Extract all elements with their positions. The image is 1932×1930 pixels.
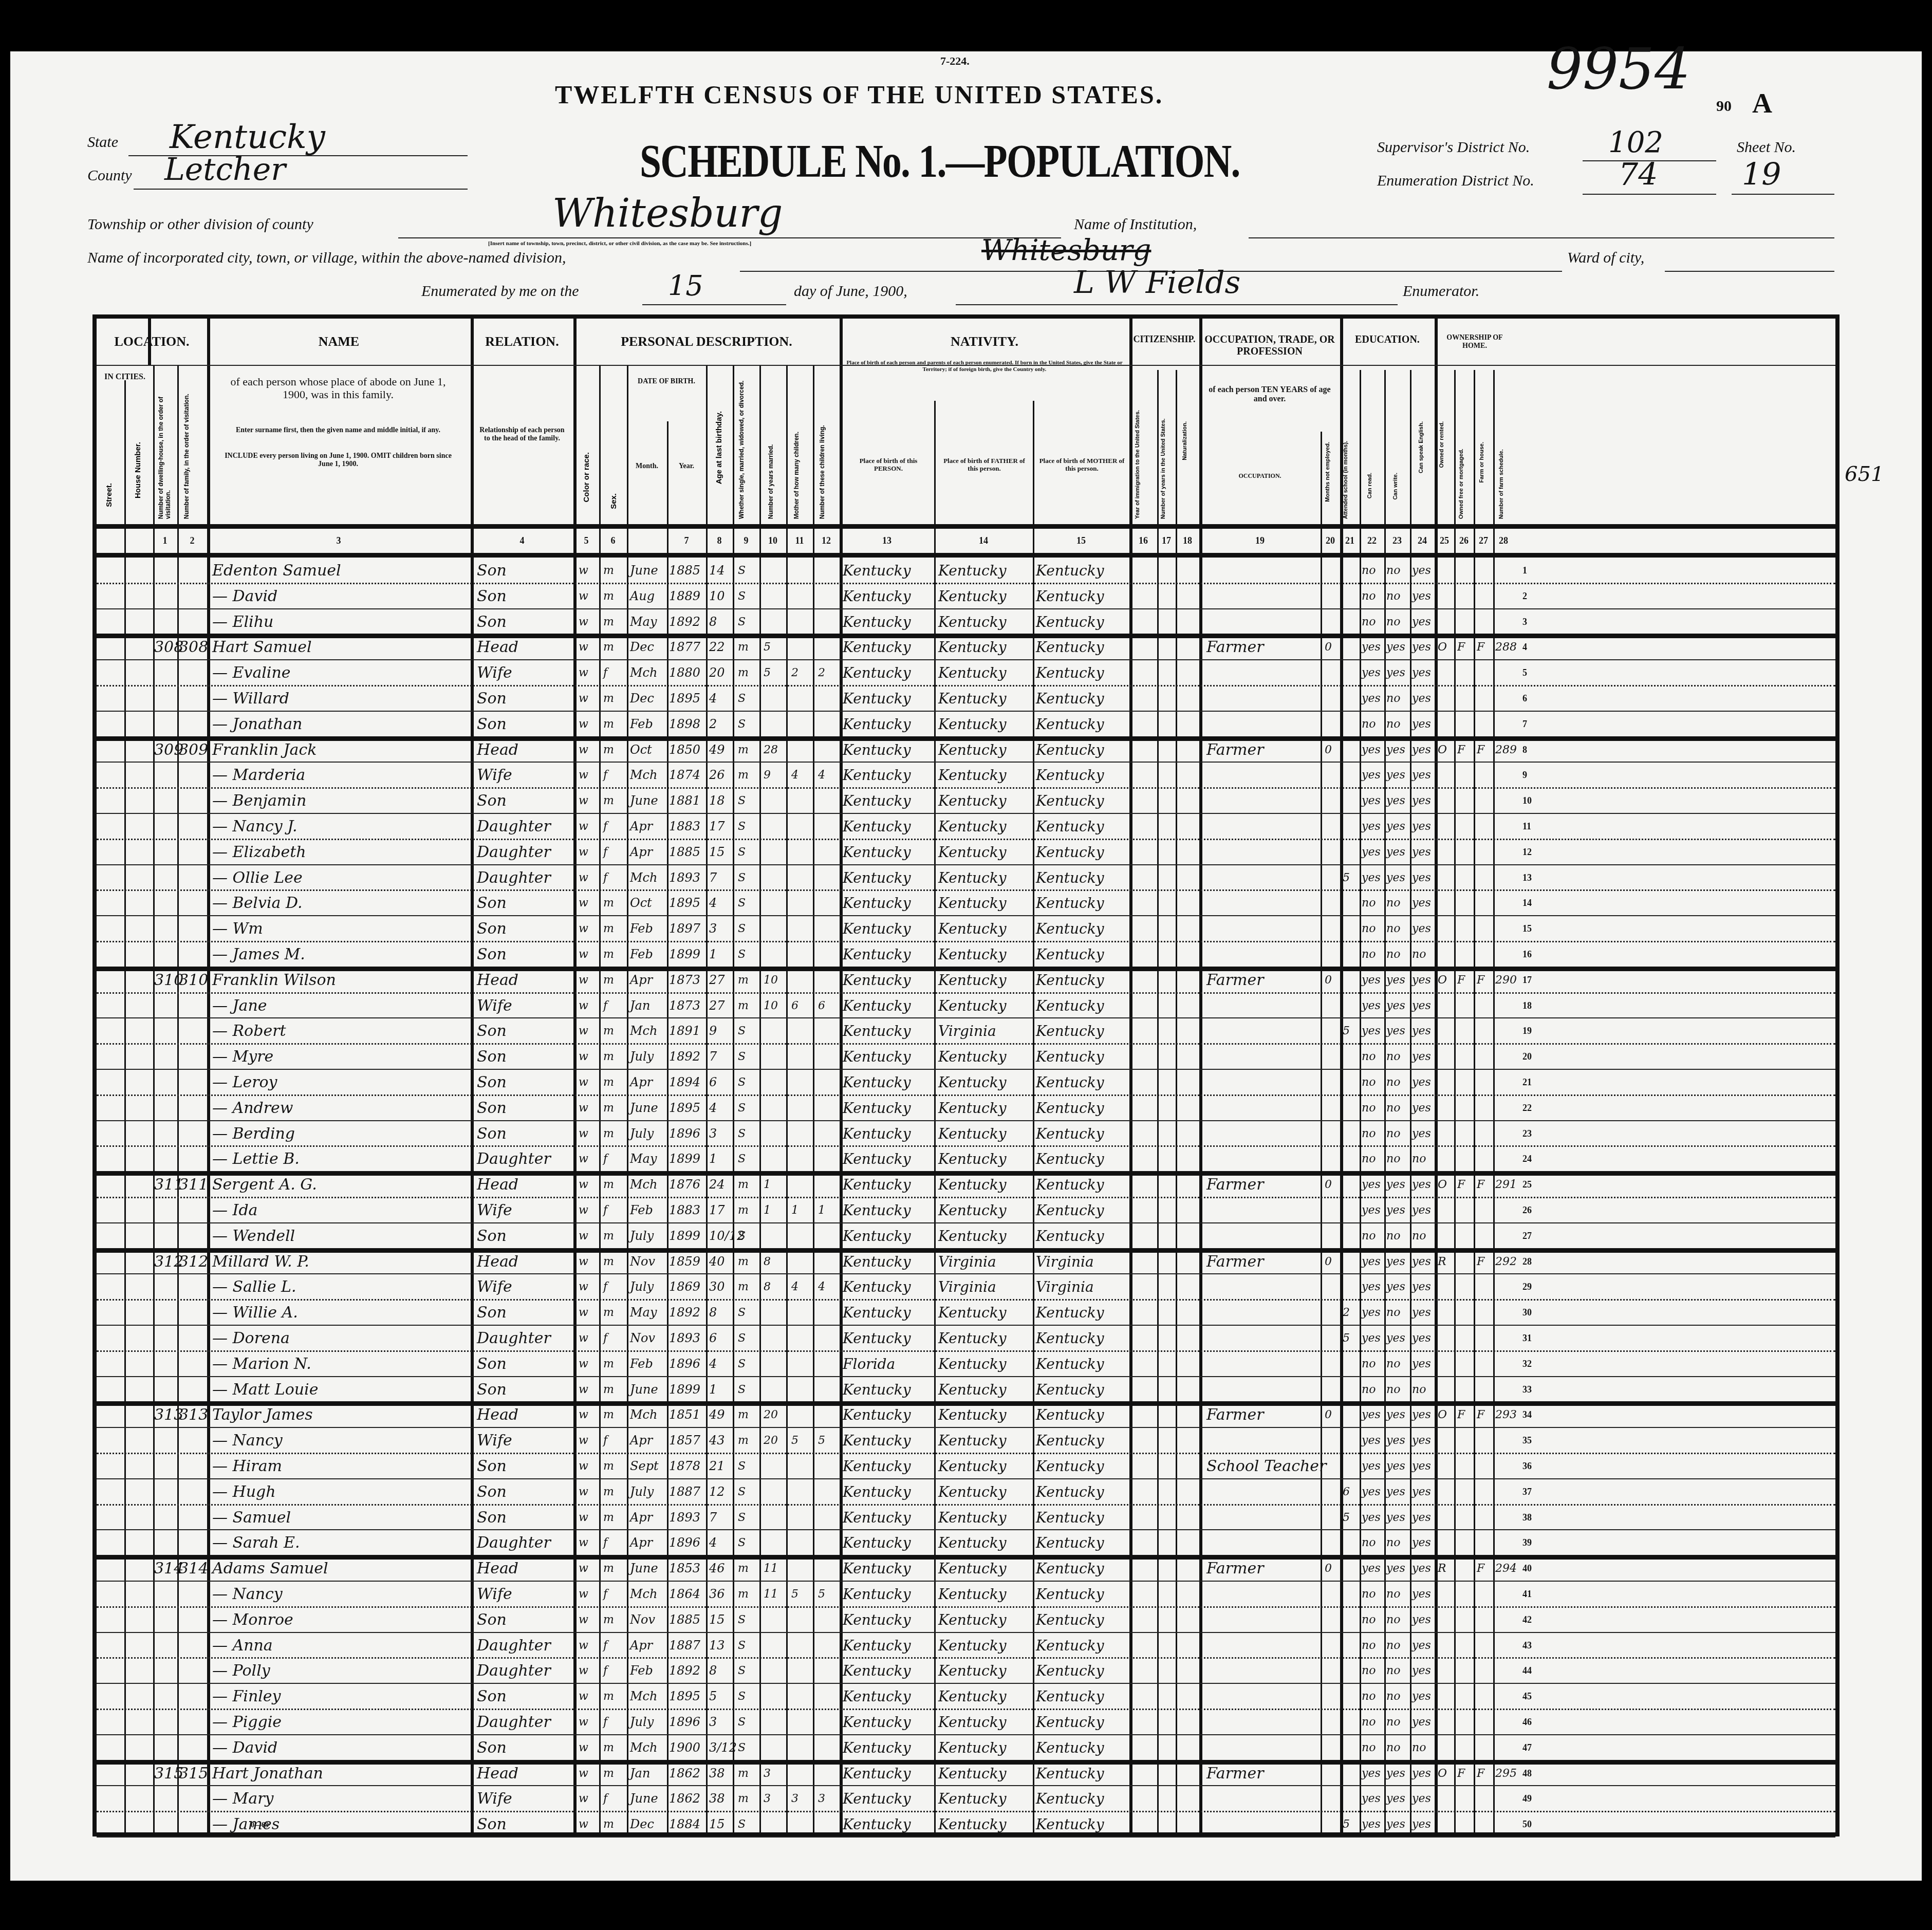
- color[interactable]: w: [579, 1223, 588, 1249]
- enumeration-field[interactable]: 74: [1583, 182, 1716, 195]
- birth-year[interactable]: 1869: [669, 1274, 700, 1300]
- can-speak-english[interactable]: yes: [1412, 763, 1431, 788]
- can-read[interactable]: yes: [1362, 1402, 1381, 1428]
- relation[interactable]: Son: [477, 1812, 507, 1838]
- marital-status[interactable]: S: [738, 814, 746, 840]
- can-speak-english[interactable]: yes: [1412, 686, 1431, 712]
- birthplace-mother[interactable]: Kentucky: [1036, 1786, 1104, 1812]
- sex[interactable]: f: [603, 1582, 607, 1607]
- can-speak-english[interactable]: yes: [1412, 788, 1431, 814]
- birthplace-person[interactable]: Kentucky: [843, 1402, 911, 1428]
- marital-status[interactable]: S: [738, 1018, 746, 1044]
- birthplace-person[interactable]: Kentucky: [843, 1710, 911, 1735]
- years-married[interactable]: 11: [764, 1582, 778, 1607]
- relation[interactable]: Wife: [477, 1582, 512, 1607]
- color[interactable]: w: [579, 814, 588, 840]
- months-unemployed[interactable]: 0: [1325, 1249, 1332, 1275]
- can-read[interactable]: no: [1362, 1044, 1376, 1070]
- can-speak-english[interactable]: yes: [1412, 1530, 1431, 1556]
- age[interactable]: 14: [709, 558, 725, 584]
- birth-year[interactable]: 1891: [669, 1018, 700, 1044]
- birthplace-father[interactable]: Virginia: [938, 1018, 996, 1044]
- mother-of[interactable]: 6: [791, 993, 798, 1019]
- person-name[interactable]: Adams Samuel: [212, 1556, 328, 1582]
- age[interactable]: 7: [709, 865, 717, 891]
- marital-status[interactable]: m: [738, 737, 749, 763]
- free-or-mortgaged[interactable]: F: [1457, 737, 1465, 763]
- months-unemployed[interactable]: 0: [1325, 1402, 1332, 1428]
- birth-month[interactable]: June: [630, 1786, 658, 1812]
- age[interactable]: 3: [709, 1121, 717, 1147]
- can-read[interactable]: yes: [1362, 1479, 1381, 1505]
- mother-of[interactable]: 2: [791, 660, 798, 686]
- can-write[interactable]: yes: [1386, 763, 1405, 788]
- birth-year[interactable]: 1899: [669, 1223, 700, 1249]
- farm-schedule-number[interactable]: 292: [1495, 1249, 1517, 1275]
- birthplace-person[interactable]: Kentucky: [843, 1044, 911, 1070]
- birthplace-person[interactable]: Kentucky: [843, 1326, 911, 1351]
- birth-year[interactable]: 1883: [669, 814, 700, 840]
- can-write[interactable]: no: [1386, 890, 1400, 916]
- marital-status[interactable]: S: [738, 788, 746, 814]
- occupation[interactable]: Farmer: [1206, 968, 1264, 993]
- birthplace-person[interactable]: Kentucky: [843, 1479, 911, 1505]
- can-speak-english[interactable]: yes: [1412, 890, 1431, 916]
- can-speak-english[interactable]: yes: [1412, 609, 1431, 635]
- birth-month[interactable]: Mch: [630, 1582, 657, 1607]
- birthplace-mother[interactable]: Kentucky: [1036, 1146, 1104, 1172]
- birth-year[interactable]: 1897: [669, 916, 700, 942]
- can-speak-english[interactable]: yes: [1412, 737, 1431, 763]
- person-name[interactable]: — Sarah E.: [212, 1530, 300, 1556]
- relation[interactable]: Daughter: [477, 1710, 551, 1735]
- relation[interactable]: Daughter: [477, 814, 551, 840]
- birthplace-father[interactable]: Kentucky: [938, 1044, 1007, 1070]
- relation[interactable]: Wife: [477, 1274, 512, 1300]
- marital-status[interactable]: m: [738, 763, 749, 788]
- color[interactable]: w: [579, 1761, 588, 1787]
- person-name[interactable]: Hart Samuel: [212, 635, 312, 660]
- birthplace-mother[interactable]: Virginia: [1036, 1249, 1094, 1275]
- birth-year[interactable]: 1889: [669, 584, 700, 609]
- can-speak-english[interactable]: yes: [1412, 1121, 1431, 1147]
- birthplace-father[interactable]: Kentucky: [938, 1658, 1007, 1684]
- sex[interactable]: m: [603, 788, 614, 814]
- farm-or-house[interactable]: F: [1477, 1761, 1484, 1787]
- person-name[interactable]: — Matt Louie: [212, 1377, 318, 1403]
- birthplace-father[interactable]: Kentucky: [938, 1812, 1007, 1838]
- relation[interactable]: Daughter: [477, 1633, 551, 1659]
- marital-status[interactable]: S: [738, 865, 746, 891]
- sheet-field[interactable]: 19: [1732, 182, 1834, 195]
- color[interactable]: w: [579, 737, 588, 763]
- birthplace-father[interactable]: Kentucky: [938, 635, 1007, 660]
- family-number[interactable]: 309: [179, 737, 208, 763]
- birth-month[interactable]: Apr: [630, 1633, 653, 1659]
- age[interactable]: 1: [709, 942, 717, 968]
- relation[interactable]: Son: [477, 942, 507, 968]
- can-read[interactable]: yes: [1362, 1274, 1381, 1300]
- birthplace-person[interactable]: Kentucky: [843, 1223, 911, 1249]
- birthplace-mother[interactable]: Kentucky: [1036, 737, 1104, 763]
- can-write[interactable]: yes: [1386, 993, 1405, 1019]
- birth-year[interactable]: 1885: [669, 840, 700, 865]
- birthplace-mother[interactable]: Kentucky: [1036, 1326, 1104, 1351]
- sex[interactable]: f: [603, 763, 607, 788]
- marital-status[interactable]: S: [738, 1684, 746, 1710]
- relation[interactable]: Son: [477, 1121, 507, 1147]
- birthplace-father[interactable]: Kentucky: [938, 609, 1007, 635]
- person-name[interactable]: Edenton Samuel: [212, 558, 341, 584]
- marital-status[interactable]: S: [738, 584, 746, 609]
- can-speak-english[interactable]: yes: [1412, 558, 1431, 584]
- can-write[interactable]: no: [1386, 1582, 1400, 1607]
- birthplace-mother[interactable]: Kentucky: [1036, 558, 1104, 584]
- farm-schedule-number[interactable]: 291: [1495, 1172, 1517, 1198]
- age[interactable]: 3: [709, 916, 717, 942]
- birthplace-mother[interactable]: Kentucky: [1036, 890, 1104, 916]
- birthplace-mother[interactable]: Kentucky: [1036, 1735, 1104, 1761]
- can-write[interactable]: yes: [1386, 1479, 1405, 1505]
- person-name[interactable]: — Marderia: [212, 763, 305, 788]
- marital-status[interactable]: S: [738, 686, 746, 712]
- birthplace-father[interactable]: Kentucky: [938, 1377, 1007, 1403]
- birthplace-father[interactable]: Kentucky: [938, 1146, 1007, 1172]
- birthplace-father[interactable]: Kentucky: [938, 993, 1007, 1019]
- farm-schedule-number[interactable]: 294: [1495, 1556, 1517, 1582]
- person-name[interactable]: Hart Jonathan: [212, 1761, 323, 1787]
- relation[interactable]: Son: [477, 1479, 507, 1505]
- months-unemployed[interactable]: 0: [1325, 968, 1332, 993]
- age[interactable]: 22: [709, 635, 725, 660]
- color[interactable]: w: [579, 686, 588, 712]
- age[interactable]: 20: [709, 660, 725, 686]
- birthplace-father[interactable]: Kentucky: [938, 1096, 1007, 1121]
- sex[interactable]: m: [603, 558, 614, 584]
- birth-month[interactable]: Nov: [630, 1607, 655, 1633]
- birthplace-mother[interactable]: Kentucky: [1036, 916, 1104, 942]
- birth-year[interactable]: 1850: [669, 737, 700, 763]
- birth-year[interactable]: 1873: [669, 993, 700, 1019]
- relation[interactable]: Head: [477, 1556, 518, 1582]
- birthplace-father[interactable]: Kentucky: [938, 1326, 1007, 1351]
- farm-or-house[interactable]: F: [1477, 1402, 1484, 1428]
- owned-or-rented[interactable]: R: [1438, 1556, 1446, 1582]
- birth-month[interactable]: Oct: [630, 890, 652, 916]
- age[interactable]: 18: [709, 788, 725, 814]
- sex[interactable]: m: [603, 1018, 614, 1044]
- birthplace-mother[interactable]: Kentucky: [1036, 1428, 1104, 1454]
- can-write[interactable]: yes: [1386, 1274, 1405, 1300]
- relation[interactable]: Wife: [477, 1198, 512, 1223]
- farm-or-house[interactable]: F: [1477, 1249, 1484, 1275]
- birthplace-mother[interactable]: Kentucky: [1036, 942, 1104, 968]
- school-months[interactable]: 5: [1343, 1326, 1350, 1351]
- birthplace-father[interactable]: Kentucky: [938, 1735, 1007, 1761]
- marital-status[interactable]: m: [738, 1274, 749, 1300]
- can-read[interactable]: no: [1362, 609, 1376, 635]
- person-name[interactable]: — James: [212, 1812, 280, 1838]
- color[interactable]: w: [579, 584, 588, 609]
- sex[interactable]: f: [603, 1198, 607, 1223]
- person-name[interactable]: — Elihu: [212, 609, 273, 635]
- age[interactable]: 24: [709, 1172, 725, 1198]
- birth-month[interactable]: Mch: [630, 1684, 657, 1710]
- mother-of[interactable]: 4: [791, 763, 798, 788]
- can-read[interactable]: yes: [1362, 1428, 1381, 1454]
- can-speak-english[interactable]: no: [1412, 1223, 1426, 1249]
- color[interactable]: w: [579, 1684, 588, 1710]
- can-write[interactable]: yes: [1386, 840, 1405, 865]
- birthplace-person[interactable]: Kentucky: [843, 788, 911, 814]
- can-read[interactable]: yes: [1362, 1786, 1381, 1812]
- birthplace-father[interactable]: Kentucky: [938, 558, 1007, 584]
- marital-status[interactable]: S: [738, 558, 746, 584]
- birth-month[interactable]: June: [630, 788, 658, 814]
- birth-year[interactable]: 1885: [669, 558, 700, 584]
- years-married[interactable]: 1: [764, 1198, 771, 1223]
- birth-month[interactable]: Apr: [630, 968, 653, 993]
- birth-year[interactable]: 1895: [669, 890, 700, 916]
- can-speak-english[interactable]: yes: [1412, 1684, 1431, 1710]
- can-read[interactable]: no: [1362, 584, 1376, 609]
- can-write[interactable]: no: [1386, 1351, 1400, 1377]
- color[interactable]: w: [579, 1479, 588, 1505]
- sex[interactable]: f: [603, 1274, 607, 1300]
- color[interactable]: w: [579, 1377, 588, 1403]
- birth-month[interactable]: Feb: [630, 1351, 653, 1377]
- birthplace-father[interactable]: Kentucky: [938, 1607, 1007, 1633]
- sex[interactable]: f: [603, 814, 607, 840]
- can-read[interactable]: yes: [1362, 968, 1381, 993]
- birthplace-person[interactable]: Kentucky: [843, 1786, 911, 1812]
- can-read[interactable]: no: [1362, 1121, 1376, 1147]
- person-name[interactable]: — Jane: [212, 993, 267, 1019]
- person-name[interactable]: — Lettie B.: [212, 1146, 300, 1172]
- birth-year[interactable]: 1853: [669, 1556, 700, 1582]
- birthplace-person[interactable]: Kentucky: [843, 1070, 911, 1096]
- can-read[interactable]: yes: [1362, 1326, 1381, 1351]
- birthplace-father[interactable]: Kentucky: [938, 1582, 1007, 1607]
- color[interactable]: w: [579, 916, 588, 942]
- sex[interactable]: f: [603, 840, 607, 865]
- birthplace-father[interactable]: Kentucky: [938, 763, 1007, 788]
- marital-status[interactable]: m: [738, 1786, 749, 1812]
- sex[interactable]: f: [603, 1658, 607, 1684]
- birthplace-mother[interactable]: Kentucky: [1036, 1812, 1104, 1838]
- person-name[interactable]: — Polly: [212, 1658, 270, 1684]
- color[interactable]: w: [579, 1198, 588, 1223]
- birthplace-person[interactable]: Kentucky: [843, 1198, 911, 1223]
- can-write[interactable]: no: [1386, 1044, 1400, 1070]
- birth-month[interactable]: Apr: [630, 1070, 653, 1096]
- ward-field[interactable]: [1665, 259, 1834, 272]
- family-number[interactable]: 315: [179, 1761, 208, 1787]
- relation[interactable]: Son: [477, 1351, 507, 1377]
- mother-of[interactable]: 5: [791, 1582, 798, 1607]
- can-read[interactable]: no: [1362, 1530, 1376, 1556]
- birthplace-mother[interactable]: Kentucky: [1036, 1096, 1104, 1121]
- birthplace-person[interactable]: Kentucky: [843, 1658, 911, 1684]
- can-speak-english[interactable]: yes: [1412, 1249, 1431, 1275]
- birthplace-person[interactable]: Kentucky: [843, 1761, 911, 1787]
- birthplace-person[interactable]: Kentucky: [843, 1274, 911, 1300]
- can-speak-english[interactable]: yes: [1412, 1786, 1431, 1812]
- birthplace-person[interactable]: Kentucky: [843, 1377, 911, 1403]
- birthplace-person[interactable]: Kentucky: [843, 1096, 911, 1121]
- school-months[interactable]: 2: [1343, 1300, 1350, 1326]
- age[interactable]: 30: [709, 1274, 725, 1300]
- age[interactable]: 15: [709, 840, 725, 865]
- can-read[interactable]: no: [1362, 1710, 1376, 1735]
- marital-status[interactable]: S: [738, 1454, 746, 1479]
- years-married[interactable]: 20: [764, 1402, 778, 1428]
- can-read[interactable]: no: [1362, 1607, 1376, 1633]
- birth-year[interactable]: 1895: [669, 1684, 700, 1710]
- birth-month[interactable]: Mch: [630, 1402, 657, 1428]
- relation[interactable]: Head: [477, 1761, 518, 1787]
- mother-of[interactable]: 4: [791, 1274, 798, 1300]
- birth-year[interactable]: 1893: [669, 1505, 700, 1531]
- person-name[interactable]: — Hiram: [212, 1454, 282, 1479]
- birthplace-mother[interactable]: Kentucky: [1036, 1300, 1104, 1326]
- age[interactable]: 9: [709, 1018, 717, 1044]
- color[interactable]: w: [579, 1633, 588, 1659]
- birth-year[interactable]: 1883: [669, 1198, 700, 1223]
- marital-status[interactable]: S: [738, 1326, 746, 1351]
- birth-year[interactable]: 1887: [669, 1633, 700, 1659]
- marital-status[interactable]: S: [738, 1658, 746, 1684]
- color[interactable]: w: [579, 1786, 588, 1812]
- can-read[interactable]: yes: [1362, 686, 1381, 712]
- sex[interactable]: f: [603, 660, 607, 686]
- birth-year[interactable]: 1892: [669, 1044, 700, 1070]
- children-living[interactable]: 6: [818, 993, 825, 1019]
- marital-status[interactable]: m: [738, 660, 749, 686]
- can-read[interactable]: yes: [1362, 737, 1381, 763]
- relation[interactable]: Son: [477, 686, 507, 712]
- color[interactable]: w: [579, 840, 588, 865]
- can-read[interactable]: no: [1362, 1377, 1376, 1403]
- color[interactable]: w: [579, 763, 588, 788]
- marital-status[interactable]: S: [738, 1735, 746, 1761]
- birthplace-person[interactable]: Kentucky: [843, 1556, 911, 1582]
- birthplace-person[interactable]: Kentucky: [843, 609, 911, 635]
- birthplace-mother[interactable]: Kentucky: [1036, 1018, 1104, 1044]
- can-speak-english[interactable]: yes: [1412, 1454, 1431, 1479]
- birthplace-father[interactable]: Kentucky: [938, 788, 1007, 814]
- sex[interactable]: m: [603, 1556, 614, 1582]
- relation[interactable]: Daughter: [477, 865, 551, 891]
- can-write[interactable]: yes: [1386, 814, 1405, 840]
- color[interactable]: w: [579, 1249, 588, 1275]
- birth-year[interactable]: 1878: [669, 1454, 700, 1479]
- relation[interactable]: Son: [477, 1070, 507, 1096]
- marital-status[interactable]: S: [738, 916, 746, 942]
- color[interactable]: w: [579, 1428, 588, 1454]
- color[interactable]: w: [579, 1735, 588, 1761]
- person-name[interactable]: — Sallie L.: [212, 1274, 296, 1300]
- owned-or-rented[interactable]: O: [1438, 737, 1447, 763]
- marital-status[interactable]: m: [738, 1582, 749, 1607]
- birthplace-mother[interactable]: Kentucky: [1036, 686, 1104, 712]
- children-living[interactable]: 3: [818, 1786, 825, 1812]
- farm-schedule-number[interactable]: 289: [1495, 737, 1517, 763]
- age[interactable]: 27: [709, 968, 725, 993]
- birthplace-person[interactable]: Kentucky: [843, 865, 911, 891]
- can-write[interactable]: yes: [1386, 1249, 1405, 1275]
- birth-month[interactable]: Dec: [630, 1812, 654, 1838]
- age[interactable]: 12: [709, 1479, 725, 1505]
- birthplace-mother[interactable]: Kentucky: [1036, 1633, 1104, 1659]
- birth-year[interactable]: 1896: [669, 1351, 700, 1377]
- birth-year[interactable]: 1892: [669, 1300, 700, 1326]
- birthplace-person[interactable]: Kentucky: [843, 660, 911, 686]
- birthplace-father[interactable]: Virginia: [938, 1249, 996, 1275]
- farm-schedule-number[interactable]: 288: [1495, 635, 1517, 660]
- color[interactable]: w: [579, 993, 588, 1019]
- color[interactable]: w: [579, 1044, 588, 1070]
- birthplace-father[interactable]: Kentucky: [938, 1530, 1007, 1556]
- can-read[interactable]: yes: [1362, 1300, 1381, 1326]
- can-speak-english[interactable]: yes: [1412, 1428, 1431, 1454]
- owned-or-rented[interactable]: O: [1438, 1172, 1447, 1198]
- can-speak-english[interactable]: yes: [1412, 712, 1431, 737]
- age[interactable]: 13: [709, 1633, 725, 1659]
- birthplace-father[interactable]: Kentucky: [938, 968, 1007, 993]
- relation[interactable]: Head: [477, 1249, 518, 1275]
- owned-or-rented[interactable]: O: [1438, 1402, 1447, 1428]
- can-write[interactable]: no: [1386, 712, 1400, 737]
- person-name[interactable]: — Marion N.: [212, 1351, 311, 1377]
- birth-year[interactable]: 1899: [669, 1146, 700, 1172]
- person-name[interactable]: — Willard: [212, 686, 289, 712]
- age[interactable]: 7: [709, 1044, 717, 1070]
- birth-year[interactable]: 1893: [669, 865, 700, 891]
- can-read[interactable]: no: [1362, 1684, 1376, 1710]
- relation[interactable]: Wife: [477, 660, 512, 686]
- birthplace-person[interactable]: Kentucky: [843, 1582, 911, 1607]
- birth-year[interactable]: 1887: [669, 1479, 700, 1505]
- relation[interactable]: Son: [477, 712, 507, 737]
- enumerated-day-field[interactable]: 15: [642, 293, 786, 305]
- family-number[interactable]: 311: [179, 1172, 208, 1198]
- person-name[interactable]: — Ollie Lee: [212, 865, 303, 891]
- can-write[interactable]: yes: [1386, 968, 1405, 993]
- birth-month[interactable]: Sept: [630, 1454, 659, 1479]
- birth-month[interactable]: Feb: [630, 1198, 653, 1223]
- birthplace-father[interactable]: Kentucky: [938, 1121, 1007, 1147]
- color[interactable]: w: [579, 558, 588, 584]
- age[interactable]: 3/12: [709, 1735, 737, 1761]
- age[interactable]: 21: [709, 1454, 725, 1479]
- birthplace-father[interactable]: Kentucky: [938, 916, 1007, 942]
- farm-or-house[interactable]: F: [1477, 968, 1484, 993]
- relation[interactable]: Son: [477, 1300, 507, 1326]
- birthplace-person[interactable]: Kentucky: [843, 814, 911, 840]
- children-living[interactable]: 5: [818, 1582, 825, 1607]
- relation[interactable]: Son: [477, 584, 507, 609]
- months-unemployed[interactable]: 0: [1325, 737, 1332, 763]
- birthplace-person[interactable]: Kentucky: [843, 763, 911, 788]
- sex[interactable]: f: [603, 1710, 607, 1735]
- can-speak-english[interactable]: yes: [1412, 916, 1431, 942]
- sex[interactable]: f: [603, 865, 607, 891]
- color[interactable]: w: [579, 942, 588, 968]
- can-read[interactable]: no: [1362, 1351, 1376, 1377]
- sex[interactable]: m: [603, 1812, 614, 1838]
- can-speak-english[interactable]: yes: [1412, 1351, 1431, 1377]
